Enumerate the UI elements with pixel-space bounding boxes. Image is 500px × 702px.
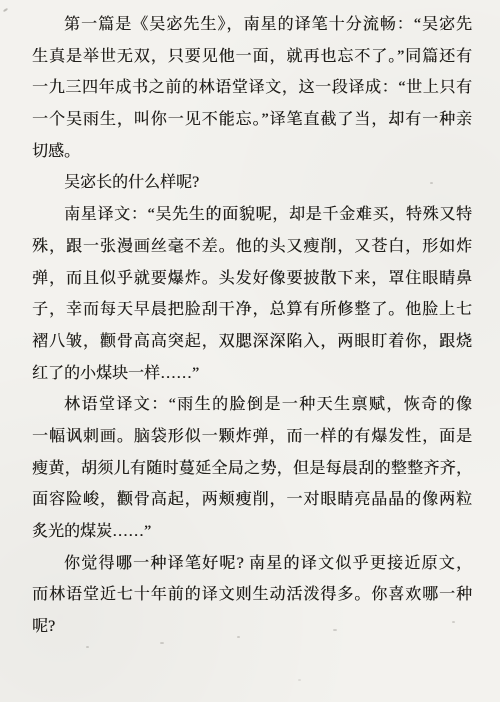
text-line: 吴宓长的什么样呢?	[32, 167, 472, 199]
text-line: 生真是举世无双，只要见他一面，就再也忘不了。”同篇还有	[32, 41, 472, 73]
text-line: 面容险峻，颧骨高起，两颊瘦削，一对眼睛亮晶晶的像两粒	[32, 484, 472, 516]
scan-speck	[160, 642, 164, 644]
text-line: 切感。	[32, 136, 472, 168]
text-line: 弹，而且似乎就要爆炸。头发好像要披散下来，罩住眼睛鼻	[32, 263, 472, 295]
text-line: 一个吴雨生，叫你一见不能忘。”译笔直截了当，却有一种亲	[32, 104, 472, 136]
text-line: 子，幸而每天早晨把脸刮干净，总算有所修整了。他脸上七	[32, 294, 472, 326]
body-text: 第一篇是《吴宓先生》，南星的译笔十分流畅：“吴宓先生真是举世无双，只要见他一面，…	[32, 9, 472, 643]
text-line: 你觉得哪一种译笔好呢? 南星的译文似乎更接近原文，	[32, 548, 472, 580]
text-line: 而林语堂近七十年前的译文则生动活泼得多。你喜欢哪一种	[32, 579, 472, 611]
scan-speck	[430, 182, 433, 184]
text-line: 南星译文：“吴先生的面貌呢，却是千金难买，特殊又特	[32, 199, 472, 231]
text-line: 瘦黄，胡须儿有随时蔓延全局之势，但是每晨刮的整整齐齐，	[32, 453, 472, 485]
text-line: 褶八皱，颧骨高高突起，双腮深深陷入，两眼盯着你，跟烧	[32, 326, 472, 358]
scan-speck	[3, 8, 8, 13]
text-line: 呢?	[32, 611, 472, 643]
text-line: 第一篇是《吴宓先生》，南星的译笔十分流畅：“吴宓先	[32, 9, 472, 41]
scan-speck	[333, 629, 337, 631]
scan-speck	[237, 636, 240, 638]
text-line: 殊，跟一张漫画丝毫不差。他的头又瘦削，又苍白，形如炸	[32, 231, 472, 263]
text-line: 林语堂译文：“雨生的脸倒是一种天生禀赋，恢奇的像	[32, 389, 472, 421]
scan-speck	[452, 621, 455, 623]
scan-speck	[298, 679, 301, 681]
text-line: 一九三四年成书之前的林语堂译文，这一段译成：“世上只有	[32, 72, 472, 104]
text-line: 炙光的煤炭……”	[32, 516, 472, 548]
scan-speck	[86, 646, 89, 648]
text-line: 一幅讽刺画。脑袋形似一颗炸弹，而一样的有爆发性，面是	[32, 421, 472, 453]
scanned-book-page: 第一篇是《吴宓先生》，南星的译笔十分流畅：“吴宓先生真是举世无双，只要见他一面，…	[0, 0, 500, 702]
text-line: 红了的小煤块一样……”	[32, 358, 472, 390]
scan-speck	[410, 60, 413, 62]
